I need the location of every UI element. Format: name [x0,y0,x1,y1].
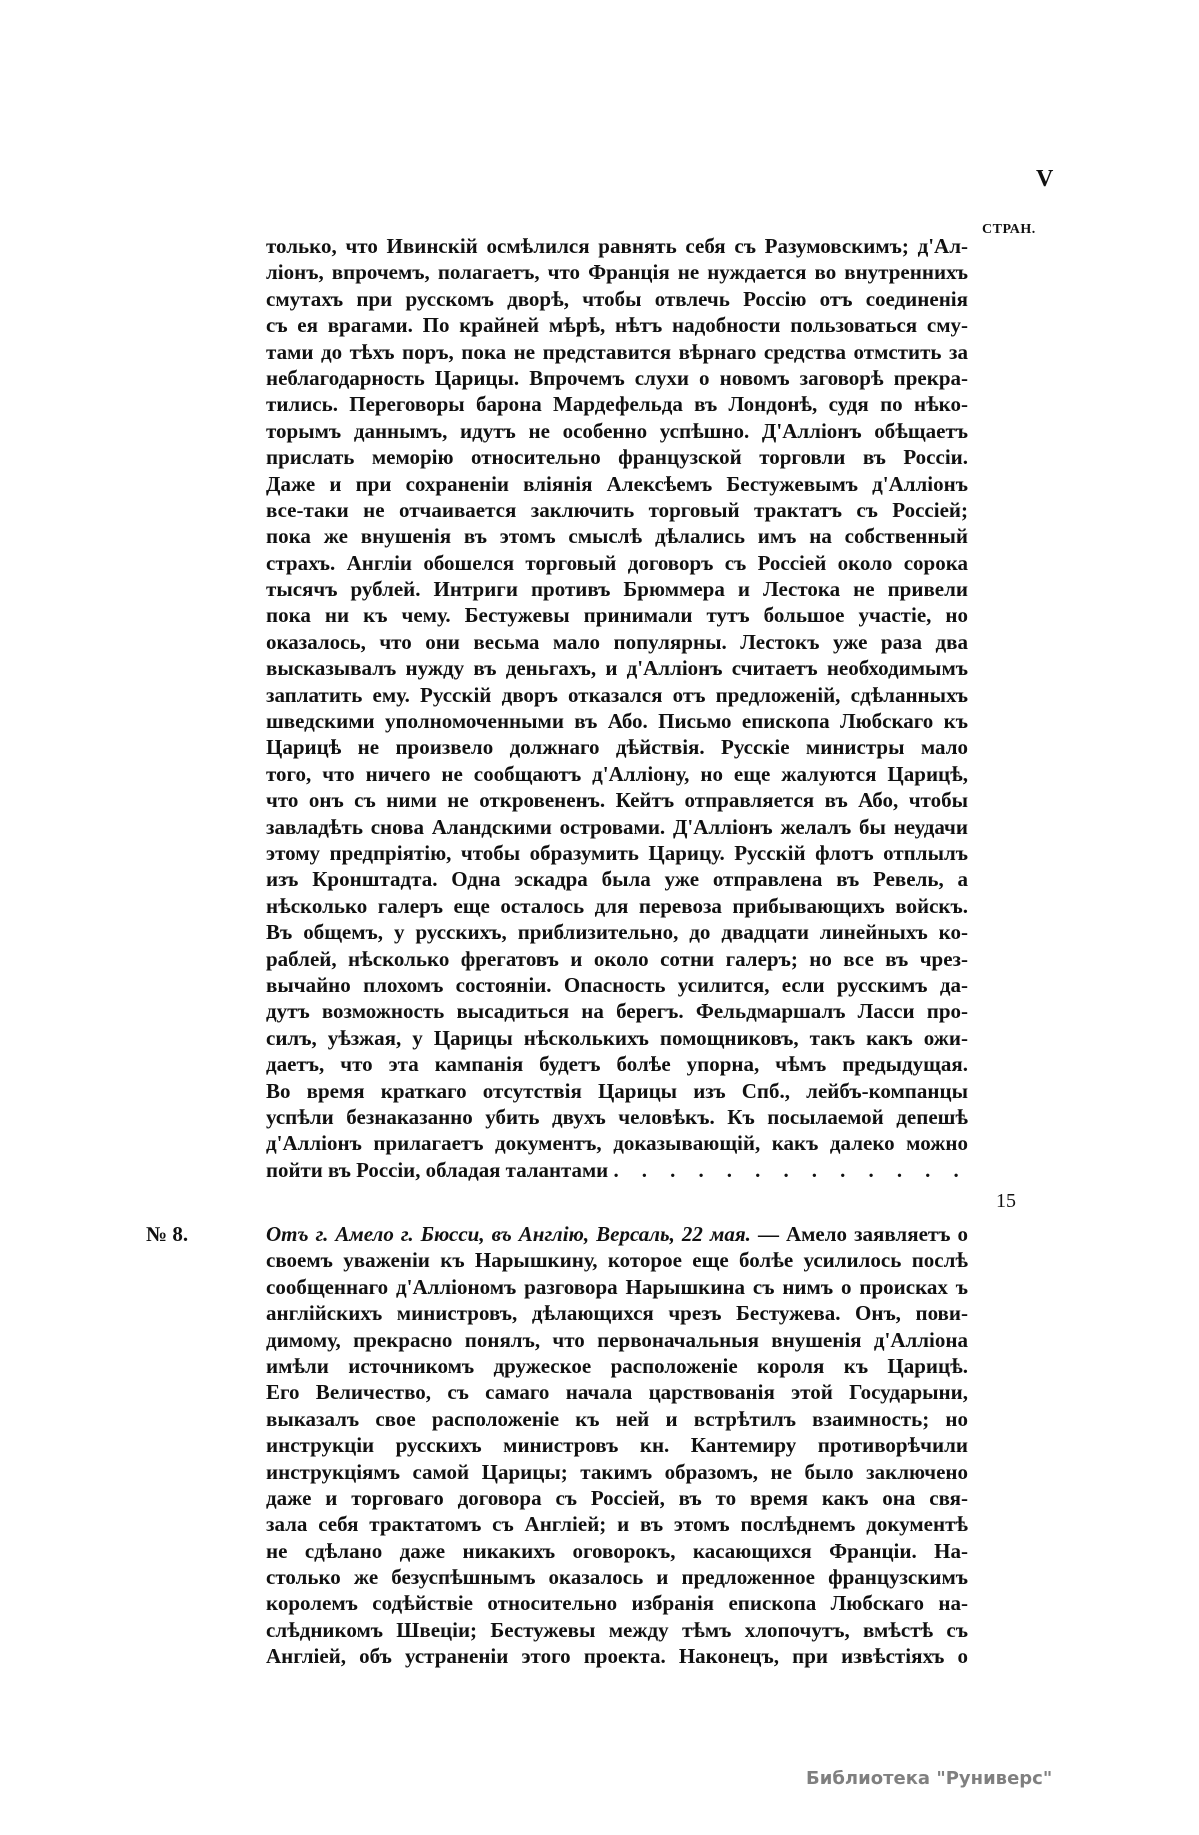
entry-first-line-rest: — Амело заявляетъ о [758,1222,968,1246]
text-line: димому, прекрасно понялъ, что первоначал… [266,1327,968,1353]
text-line: страхъ. Англіи обошелся торговый договор… [266,550,968,576]
text-line: смутахъ при русскомъ дворѣ, чтобы отвлеч… [266,286,968,312]
text-line: тились. Переговоры барона Мардефельда въ… [266,391,968,417]
text-line: дутъ возможность высадиться на берегъ. Ф… [266,998,968,1024]
text-line: ліонъ, впрочемъ, полагаетъ, что Франція … [266,259,968,285]
text-line: Даже и при сохраненіи вліянія Алексѣемъ … [266,471,968,497]
text-line: изъ Кронштадта. Одна эскадра была уже от… [266,866,968,892]
text-line: Его Величество, съ самаго начала царство… [266,1379,968,1405]
text-line: королемъ содѣйствіе относительно избрані… [266,1590,968,1616]
entry-paragraph: Отъ г. Амело г. Бюсси, въ Англію, Версал… [266,1221,968,1670]
text-line: нѣсколько галеръ еще осталось для перево… [266,893,968,919]
text-line: тами до тѣхъ поръ, пока не представится … [266,339,968,365]
text-line: заплатить ему. Русскій дворъ отказался о… [266,682,968,708]
text-line: слѣдникомъ Швеціи; Бестужевы между тѣмъ … [266,1617,968,1643]
text-line: только, что Ивинскій осмѣлился равнять с… [266,233,968,259]
text-line: выказалъ свое расположеніе къ ней и встр… [266,1406,968,1432]
text-line: Англіей, объ устраненіи этого проекта. Н… [266,1643,968,1669]
dot-leader: . . . . . . . . . . . . . [613,1158,967,1182]
text-line: неблагодарность Царицы. Впрочемъ слухи о… [266,365,968,391]
text-line: своемъ уваженіи къ Нарышкину, которое ещ… [266,1247,968,1273]
text-line: успѣли безнаказанно убить двухъ человѣкъ… [266,1104,968,1130]
page-number-roman: V [1036,166,1053,193]
text-line: Во время краткаго отсутствія Царицы изъ … [266,1078,968,1104]
text-line: шведскими уполномоченными въ Або. Письмо… [266,708,968,734]
text-line: инструкціи русскихъ министровъ кн. Канте… [266,1432,968,1458]
text-line: пока же внушенія въ этомъ смыслѣ дѣлалис… [266,523,968,549]
text-line: завладѣть снова Аландскими островами. Д'… [266,814,968,840]
library-watermark: Библиотека "Руниверс" [806,1768,1052,1789]
text-line: оказалось, что они весьма мало популярны… [266,629,968,655]
text-line: съ ея врагами. По крайней мѣрѣ, нѣтъ над… [266,312,968,338]
text-line: не сдѣлано даже никакихъ оговорокъ, каса… [266,1538,968,1564]
text-line: раблей, нѣсколько фрегатовъ и около сотн… [266,946,968,972]
page-reference: 15 [996,1188,1016,1214]
continuation-paragraph: только, что Ивинскій осмѣлился равнять с… [266,233,968,1183]
text-line: вычайно плохомъ состояніи. Опасность уси… [266,972,968,998]
text-line: инструкціямъ самой Царицы; такимъ образо… [266,1459,968,1485]
entry-title: Отъ г. Амело г. Бюсси, въ Англію, Версал… [266,1222,751,1246]
text-line: зала себя трактатомъ съ Англіей; и въ эт… [266,1511,968,1537]
text-line: даетъ, что эта кампанія будетъ болѣе упо… [266,1051,968,1077]
final-line-text: пойти въ Россіи, обладая талантами [266,1158,608,1182]
text-line: сообщеннаго д'Алліономъ разговора Нарышк… [266,1274,968,1300]
text-line: д'Алліонъ прилагаетъ документъ, доказыва… [266,1130,968,1156]
text-line: даже и торговаго договора съ Россіей, въ… [266,1485,968,1511]
final-line-with-leader: пойти въ Россіи, обладая талантами . . .… [266,1157,968,1183]
text-line: что онъ съ ними не откровененъ. Кейтъ от… [266,787,968,813]
text-line: тысячъ рублей. Интриги противъ Брюммера … [266,576,968,602]
text-line: англійскихъ министровъ, дѣлающихся чрезъ… [266,1300,968,1326]
text-line: все-таки не отчаивается заключить торгов… [266,497,968,523]
text-line: Въ общемъ, у русскихъ, приблизительно, д… [266,919,968,945]
text-line: имѣли источникомъ дружеское расположеніе… [266,1353,968,1379]
text-line: пока ни къ чему. Бестужевы принимали тут… [266,602,968,628]
entry-first-line: Отъ г. Амело г. Бюсси, въ Англію, Версал… [266,1221,968,1247]
entry-number: № 8. [146,1221,188,1247]
text-line: силъ, уѣзжая, у Царицы нѣсколькихъ помощ… [266,1025,968,1051]
text-line: Царицѣ не произвело должнаго дѣйствія. Р… [266,734,968,760]
document-page: V СТРАН. только, что Ивинскій осмѣлился … [0,0,1199,1835]
text-line: прислать меморію относительно французско… [266,444,968,470]
page-column-heading: СТРАН. [982,222,1036,238]
text-line: того, что ничего не сообщаютъ д'Алліону,… [266,761,968,787]
text-line: торымъ даннымъ, идутъ не особенно успѣшн… [266,418,968,444]
text-line: столько же безуспѣшнымъ оказалось и пред… [266,1564,968,1590]
text-line: этому предпріятію, чтобы образумить Цари… [266,840,968,866]
text-line: высказывалъ нужду въ деньгахъ, и д'Алліо… [266,655,968,681]
